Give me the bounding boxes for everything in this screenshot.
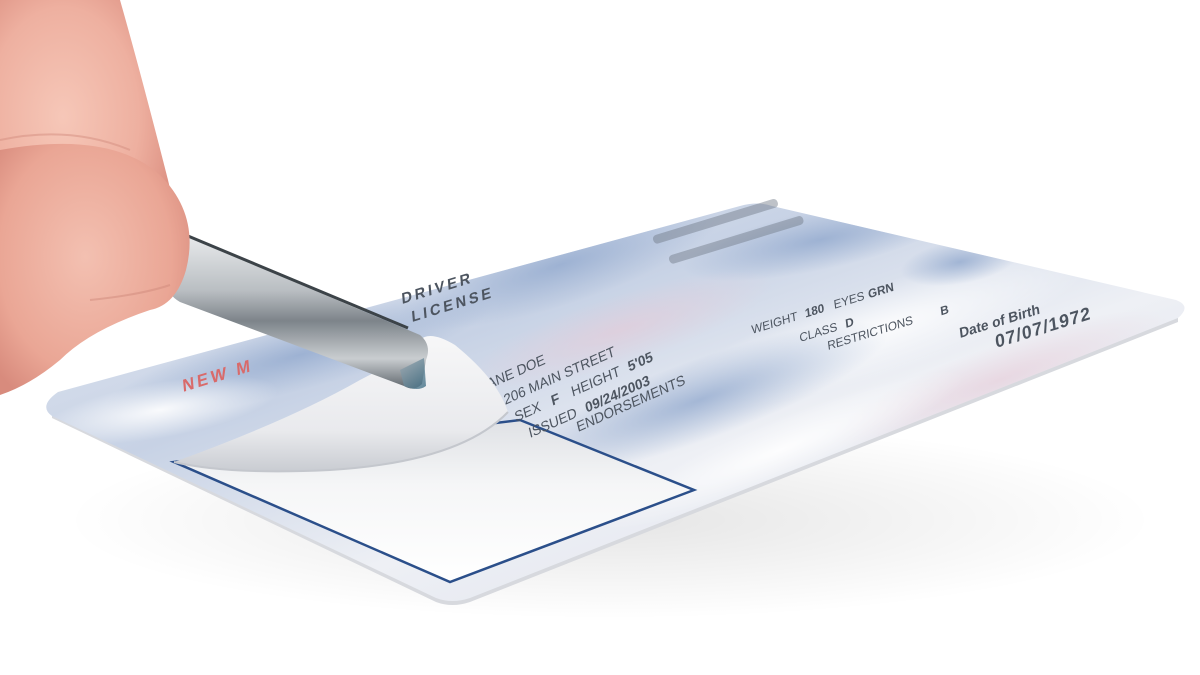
- photo-scene: NEW M DRIVER LICENSE JANE DOE 1206 MAIN …: [0, 0, 1200, 675]
- hand: [0, 0, 190, 395]
- illustration: NEW M DRIVER LICENSE JANE DOE 1206 MAIN …: [0, 0, 1200, 675]
- license-card: NEW M DRIVER LICENSE JANE DOE 1206 MAIN …: [37, 174, 1185, 605]
